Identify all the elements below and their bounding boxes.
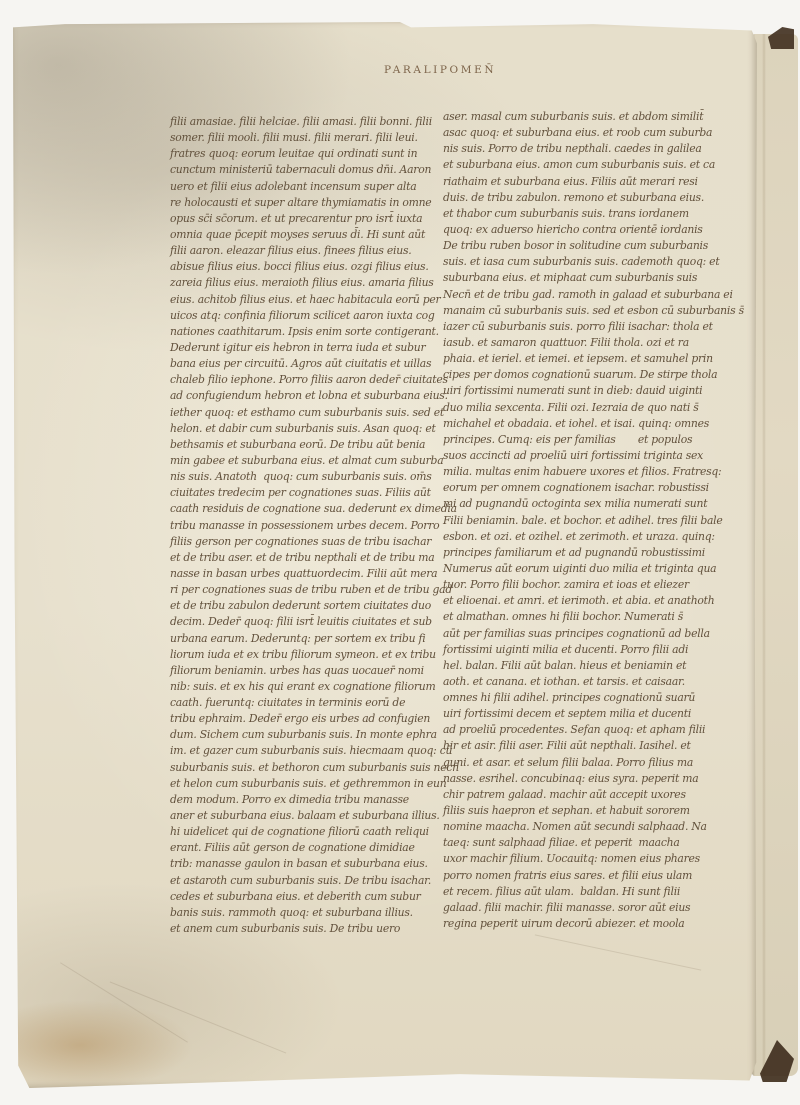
text-line: principes familiarum et ad pugnandū robu…: [443, 545, 744, 561]
text-line: ciuitates tredecim per cognationes suas.…: [170, 485, 459, 501]
text-line: urbana earum. Dederuntq: per sortem ex t…: [170, 631, 459, 647]
text-line: dum. Sichem cum suburbanis suis. In mont…: [170, 727, 459, 743]
text-column-right: aser. masal cum suburbanis suis. et abdo…: [443, 109, 744, 932]
text-line: riathaim et suburbana eius. Filiis aūt m…: [443, 174, 744, 190]
text-line: fratres quoq: eorum leuitae qui ordinati…: [170, 146, 459, 162]
text-line: regina peperit uirum decorū abiezer. et …: [443, 916, 744, 932]
text-line: nationes caathitarum. Ipsis enim sorte c…: [170, 324, 459, 340]
text-line: De tribu ruben bosor in solitudine cum s…: [443, 238, 744, 254]
text-line: galaad. filii machir. filii manasse. sor…: [443, 900, 744, 916]
text-line: et anem cum suburbanis suis. De tribu ue…: [170, 921, 459, 937]
text-line: duis. de tribu zabulon. remono et suburb…: [443, 190, 744, 206]
text-line: liorum iuda et ex tribu filiorum symeon.…: [170, 647, 459, 663]
text-line: suos accincti ad proeliū uiri fortissimi…: [443, 448, 744, 464]
text-line: cedes et suburbana eius. et deberith cum…: [170, 889, 459, 905]
text-line: iasub. et samaron quattuor. Filii thola.…: [443, 335, 744, 351]
parchment-crease: [60, 962, 188, 1042]
text-line: cipes per domos cognationū suarum. De st…: [443, 367, 744, 383]
text-line: manaim cū suburbanis suis. sed et esbon …: [443, 303, 744, 319]
text-line: et suburbana eius. amon cum suburbanis s…: [443, 157, 744, 173]
text-line: omnia quae p̄cepit moyses seruus d̄i. Hi…: [170, 227, 459, 243]
text-line: nasse in basan urbes quattuordecim. Fili…: [170, 566, 459, 582]
text-line: uxor machir filium. Uocauitq: nomen eius…: [443, 851, 744, 867]
text-line: min gabee et suburbana eius. et almat cu…: [170, 453, 459, 469]
text-line: uiri fortissimi decem et septem milia et…: [443, 706, 744, 722]
text-line: et thabor cum suburbanis suis. trans ior…: [443, 206, 744, 222]
text-line: suburbana eius. et miphaat cum suburbani…: [443, 270, 744, 286]
text-line: principes. Cumq: eis per familias et pop…: [443, 432, 744, 448]
text-line: somer. filii mooli. filii musi. filii me…: [170, 130, 459, 146]
text-line: fortissimi uiginti milia et ducenti. Por…: [443, 642, 744, 658]
text-line: bethsamis et suburbana eorū. De tribu aū…: [170, 437, 459, 453]
text-line: duo milia sexcenta. Filii ozi. Iezraia d…: [443, 400, 744, 416]
text-line: esbon. et ozi. et ozihel. et zerimoth. e…: [443, 529, 744, 545]
text-line: Filii beniamin. bale. et bochor. et adih…: [443, 513, 744, 529]
text-line: hir et asir. filii aser. Filii aūt nepth…: [443, 738, 744, 754]
text-line: nis suis. Anatoth quoq: cum suburbanis s…: [170, 469, 459, 485]
photo-backdrop: PARALIPOMEN̄ filii amasiae. filii helcia…: [0, 0, 800, 1105]
text-line: aoth. et canana. et iothan. et tarsis. e…: [443, 674, 744, 690]
text-line: omnes hi filii adihel. principes cognati…: [443, 690, 744, 706]
text-line: aner et suburbana eius. balaam et suburb…: [170, 808, 459, 824]
text-line: et recem. filius aūt ulam. baldan. Hi su…: [443, 884, 744, 900]
book-fore-edge-pages: [752, 34, 798, 1076]
text-line: et almathan. omnes hi filii bochor. Nume…: [443, 609, 744, 625]
text-line: tribu ephraim. Deder̄ ergo eis urbes ad …: [170, 711, 459, 727]
text-line: decim. Deder̄ quoq: filii isrt̄ leuitis …: [170, 614, 459, 630]
text-line: dem modum. Porro ex dimedia tribu manass…: [170, 792, 459, 808]
text-line: zareia filius eius. meraioth filius eius…: [170, 275, 459, 291]
text-line: asac quoq: et suburbana eius. et roob cu…: [443, 125, 744, 141]
text-line: filii amasiae. filii helciae. filii amas…: [170, 114, 459, 130]
text-line: eius. achitob filius eius. et haec habit…: [170, 292, 459, 308]
text-line: caath. fueruntq: ciuitates in terminis e…: [170, 695, 459, 711]
text-line: mi ad pugnandū octoginta sex milia numer…: [443, 496, 744, 512]
text-line: opus sc̄i sc̄orum. et ut precarentur pro…: [170, 211, 459, 227]
text-column-left: filii amasiae. filii helciae. filii amas…: [170, 114, 459, 937]
text-line: chaleb filio iephone. Porro filiis aaron…: [170, 372, 459, 388]
text-line: banis suis. rammoth quoq: et suburbana i…: [170, 905, 459, 921]
text-line: caath residuis de cognatione sua. dederu…: [170, 501, 459, 517]
binding-edge-top: [768, 27, 794, 49]
text-line: michahel et obadaia. et iohel. et isai. …: [443, 416, 744, 432]
text-line: nib: suis. et ex his qui erant ex cognat…: [170, 679, 459, 695]
text-line: et astaroth cum suburbanis suis. De trib…: [170, 873, 459, 889]
text-line: iether quoq: et esthamo cum suburbanis s…: [170, 405, 459, 421]
text-line: Necn̄ et de tribu gad. ramoth in galaad …: [443, 287, 744, 303]
text-line: ad proeliū procedentes. Sefan quoq: et a…: [443, 722, 744, 738]
text-line: uero et filii eius adolebant incensum su…: [170, 179, 459, 195]
text-line: nomine maacha. Nomen aūt secundi salphaa…: [443, 819, 744, 835]
text-line: bana eius per circuitū. Agros aūt ciuita…: [170, 356, 459, 372]
text-line: et de tribu zabulon dederunt sortem ciui…: [170, 598, 459, 614]
text-line: uiri fortissimi numerati sunt in dieb: d…: [443, 383, 744, 399]
text-line: iazer cū suburbanis suis. porro filii is…: [443, 319, 744, 335]
text-line: nis suis. Porro de tribu nepthali. caede…: [443, 141, 744, 157]
text-line: nasse. esrihel. concubinaq: eius syra. p…: [443, 771, 744, 787]
text-line: cunctum ministeriū tabernaculi domus dn̄…: [170, 162, 459, 178]
parchment-crease: [535, 934, 701, 970]
text-line: Dederunt igitur eis hebron in terra iuda…: [170, 340, 459, 356]
text-line: aūt per familias suas principes cognatio…: [443, 626, 744, 642]
text-line: eorum per omnem cognationem isachar. rob…: [443, 480, 744, 496]
text-line: filiis gerson per cognationes suas de tr…: [170, 534, 459, 550]
text-line: et helon cum suburbanis suis. et gethrem…: [170, 776, 459, 792]
text-line: suis. et iasa cum suburbanis suis. cadem…: [443, 254, 744, 270]
text-line: helon. et dabir cum suburbanis suis. Asa…: [170, 421, 459, 437]
text-line: ri per cognationes suas de tribu ruben e…: [170, 582, 459, 598]
text-line: erant. Filiis aūt gerson de cognatione d…: [170, 840, 459, 856]
text-line: hel. balan. Filii aūt balan. hieus et be…: [443, 658, 744, 674]
text-line: aser. masal cum suburbanis suis. et abdo…: [443, 109, 744, 125]
text-line: tuor. Porro filii bochor. zamira et ioas…: [443, 577, 744, 593]
text-line: taeq: sunt salphaad filiae. et peperit m…: [443, 835, 744, 851]
text-line: filiis suis haepron et sephan. et habuit…: [443, 803, 744, 819]
text-line: porro nomen fratris eius sares. et filii…: [443, 868, 744, 884]
parchment-crease: [110, 981, 287, 1053]
text-line: ad confugiendum hebron et lobna et subur…: [170, 388, 459, 404]
running-title: PARALIPOMEN̄: [384, 64, 496, 76]
text-line: filiorum beniamin. urbes has quas uocaue…: [170, 663, 459, 679]
text-line: hi uidelicet qui de cognatione filiorū c…: [170, 824, 459, 840]
text-line: abisue filius eius. bocci filius eius. o…: [170, 259, 459, 275]
text-line: tribu manasse in possessionem urbes dece…: [170, 518, 459, 534]
text-line: milia. multas enim habuere uxores et fil…: [443, 464, 744, 480]
text-line: re holocausti et super altare thymiamati…: [170, 195, 459, 211]
text-line: et elioenai. et amri. et ierimoth. et ab…: [443, 593, 744, 609]
text-line: im. et gazer cum suburbanis suis. hiecma…: [170, 743, 459, 759]
text-line: quoq: ex aduerso hiericho contra orientē…: [443, 222, 744, 238]
text-line: trib: manasse gaulon in basan et suburba…: [170, 856, 459, 872]
text-line: guni. et asar. et selum filii balaa. Por…: [443, 755, 744, 771]
text-line: uicos atq: confinia filiorum scilicet aa…: [170, 308, 459, 324]
text-line: filii aaron. eleazar filius eius. finees…: [170, 243, 459, 259]
text-line: et de tribu aser. et de tribu nepthali e…: [170, 550, 459, 566]
text-line: suburbanis suis. et bethoron cum suburba…: [170, 760, 459, 776]
text-line: phaia. et ieriel. et iemei. et iepsem. e…: [443, 351, 744, 367]
text-line: chir patrem galaad. machir aūt accepit u…: [443, 787, 744, 803]
text-line: Numerus aūt eorum uiginti duo milia et t…: [443, 561, 744, 577]
manuscript-page: PARALIPOMEN̄ filii amasiae. filii helcia…: [13, 22, 757, 1088]
